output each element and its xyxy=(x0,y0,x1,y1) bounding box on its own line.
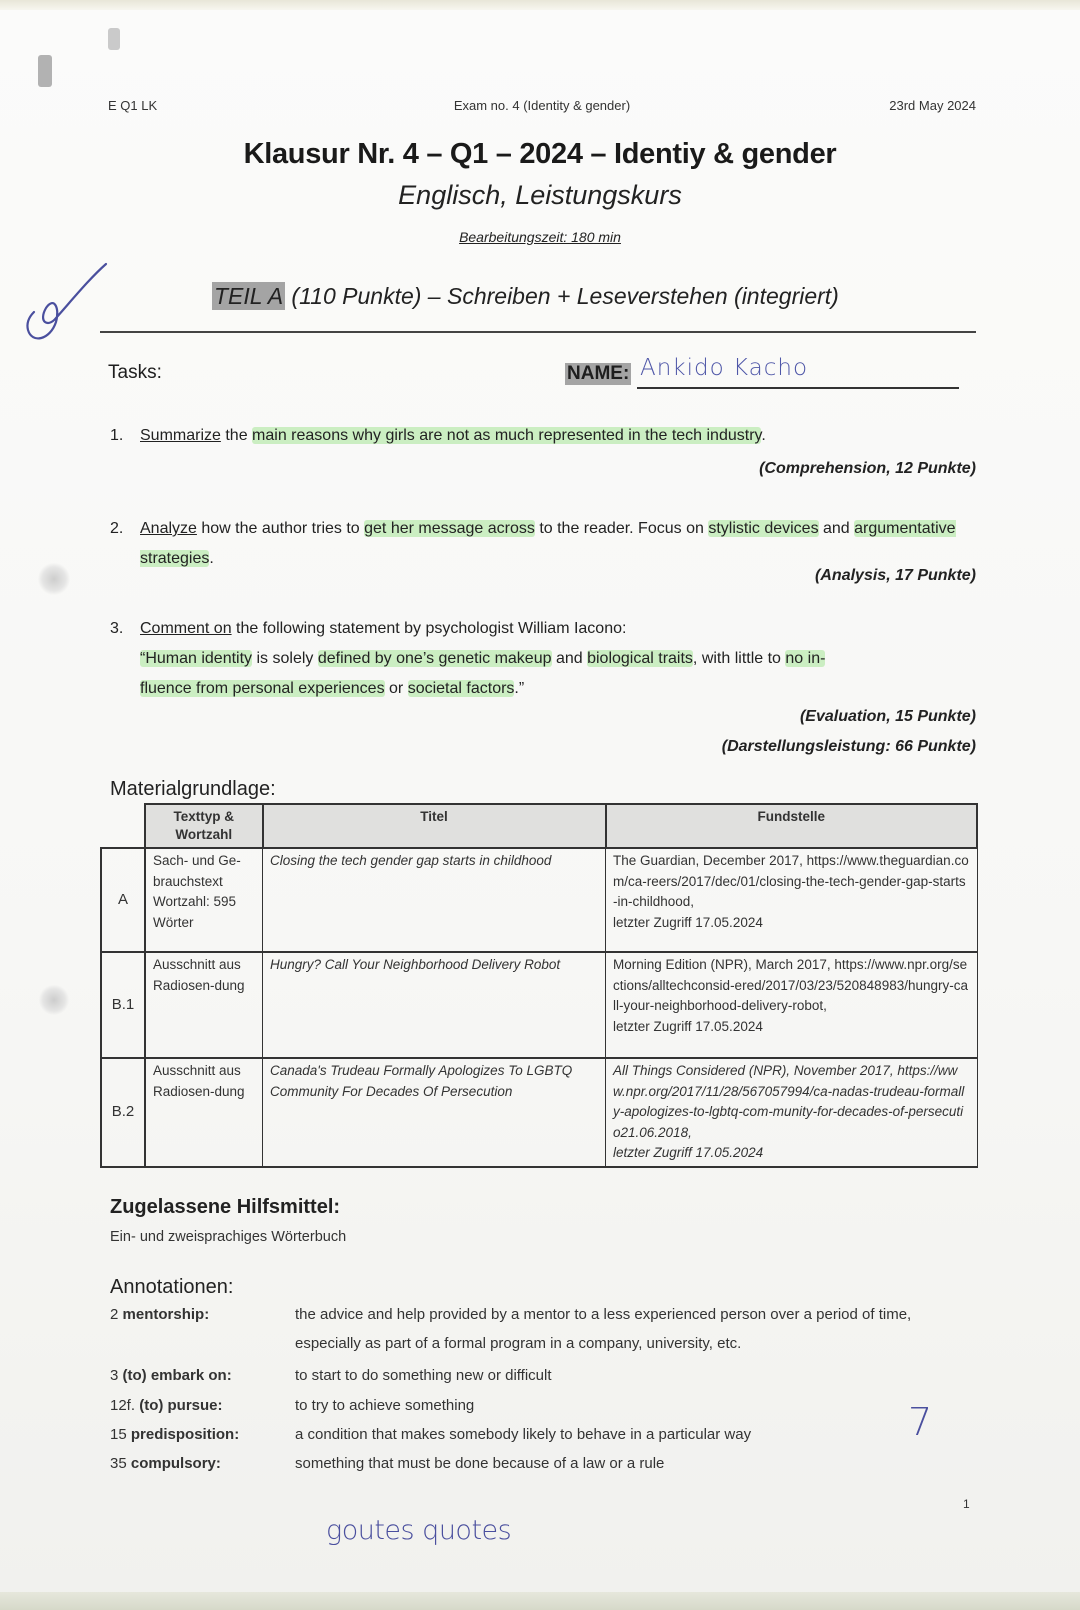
annotation-term: 2 mentorship: xyxy=(110,1306,290,1323)
task-text: the xyxy=(221,427,252,444)
task-text: . xyxy=(761,427,765,444)
annotation-definition: a condition that makes somebody likely t… xyxy=(295,1426,970,1444)
material-title: Closing the tech gender gap starts in ch… xyxy=(263,848,606,952)
task-text: to the reader. Focus on xyxy=(535,520,708,537)
part-tag: TEIL A xyxy=(212,282,285,310)
material-type: Ausschnitt aus Radiosen-dung xyxy=(145,1058,263,1167)
quote-text: or xyxy=(385,680,408,697)
name-underline xyxy=(637,387,959,389)
line-ref: 2 xyxy=(110,1306,118,1323)
punch-hole-mark xyxy=(38,562,70,596)
page-number: 1 xyxy=(963,1497,970,1511)
line-ref: 3 xyxy=(110,1367,118,1384)
term: compulsory: xyxy=(131,1455,221,1472)
page-subtitle: Englisch, Leistungskurs xyxy=(0,180,1080,211)
annotation-item: 15 predisposition: a condition that make… xyxy=(110,1426,970,1444)
quote-text: , with little to xyxy=(693,650,785,667)
column-header: Texttyp & Wortzahl xyxy=(145,804,263,848)
handwritten-note: goutes quotes xyxy=(326,1515,511,1546)
annotation-definition: the advice and help provided by a mentor… xyxy=(295,1300,970,1358)
task-2: 2. Analyze how the author tries to get h… xyxy=(110,514,976,574)
annotation-item: 3 (to) embark on: to start to do somethi… xyxy=(110,1367,970,1385)
aids-label: Zugelassene Hilfsmittel: xyxy=(110,1196,340,1219)
material-source: The Guardian, December 2017, https://www… xyxy=(606,848,978,952)
quote-text: is solely xyxy=(252,650,318,667)
annotation-term: 3 (to) embark on: xyxy=(110,1367,290,1384)
highlighted-text: stylistic devices xyxy=(708,520,818,537)
source-text: The Guardian, December 2017, https://www… xyxy=(613,853,969,909)
task-1-points: (Comprehension, 12 Punkte) xyxy=(759,460,976,478)
quote-text: and xyxy=(552,650,588,667)
highlighted-text: societal factors xyxy=(408,680,515,697)
task-number: 3. xyxy=(110,614,123,644)
divider xyxy=(100,331,976,333)
material-id: A xyxy=(101,848,145,952)
materials-table: Texttyp & Wortzahl Titel Fundstelle A Sa… xyxy=(100,803,978,1168)
name-label: NAME: xyxy=(565,363,631,385)
aids-text: Ein- und zweisprachiges Wörterbuch xyxy=(110,1229,346,1245)
task-verb: Summarize xyxy=(140,427,221,444)
table-corner xyxy=(101,804,145,848)
duration: Bearbeitungszeit: 180 min xyxy=(0,229,1080,245)
task-text: the following statement by psychologist … xyxy=(232,620,627,637)
source-text: Morning Edition (NPR), March 2017, https… xyxy=(613,957,968,1013)
highlighted-text: no in- xyxy=(785,650,825,667)
page-title: Klausur Nr. 4 – Q1 – 2024 – Identiy & ge… xyxy=(0,138,1080,171)
material-id: B.2 xyxy=(101,1058,145,1167)
column-header: Fundstelle xyxy=(606,804,978,848)
line-ref: 12f. xyxy=(110,1397,135,1414)
task-text: and xyxy=(819,520,855,537)
highlighted-text: get her message across xyxy=(364,520,535,537)
access-date: letzter Zugriff 17.05.2024 xyxy=(613,915,763,930)
punch-hole-mark xyxy=(38,985,70,1015)
material-source: Morning Edition (NPR), March 2017, https… xyxy=(606,952,978,1058)
task-verb: Analyze xyxy=(140,520,197,537)
part-heading: TEIL A (110 Punkte) – Schreiben + Leseve… xyxy=(212,283,839,310)
task-3-points: (Evaluation, 15 Punkte) xyxy=(800,708,976,726)
presentation-points: (Darstellungsleistung: 66 Punkte) xyxy=(722,738,976,756)
term: (to) embark on: xyxy=(123,1367,232,1384)
highlighted-text: “Human identity xyxy=(140,650,252,667)
table-row: B.2 Ausschnitt aus Radiosen-dung Canada'… xyxy=(101,1058,977,1167)
highlighted-text: biological traits xyxy=(587,650,693,667)
table-row: A Sach- und Ge-brauchstext Wortzahl: 595… xyxy=(101,848,977,952)
handwritten-margin-mark: 7 xyxy=(908,1400,932,1444)
annotation-term: 35 compulsory: xyxy=(110,1455,290,1472)
paper-bottom-edge xyxy=(0,1592,1080,1610)
annotation-definition: something that must be done because of a… xyxy=(295,1455,970,1473)
material-id: B.1 xyxy=(101,952,145,1058)
annotation-item: 35 compulsory: something that must be do… xyxy=(110,1455,970,1473)
exam-label: Exam no. 4 (Identity & gender) xyxy=(108,98,976,113)
material-title: Canada's Trudeau Formally Apologizes To … xyxy=(263,1058,606,1167)
annotation-definition: to start to do something new or difficul… xyxy=(295,1367,970,1385)
task-number: 1. xyxy=(110,421,123,451)
column-header: Titel xyxy=(263,804,606,848)
quote-text: .” xyxy=(514,680,524,697)
access-date: letzter Zugriff 17.05.2024 xyxy=(613,1145,763,1160)
name-field[interactable]: Ankido Kacho xyxy=(640,355,808,381)
annotation-item: 12f. (to) pursue: to try to achieve some… xyxy=(110,1397,970,1415)
access-date: letzter Zugriff 17.05.2024 xyxy=(613,1019,763,1034)
line-ref: 35 xyxy=(110,1455,127,1472)
task-2-points: (Analysis, 17 Punkte) xyxy=(815,567,976,585)
material-title: Hungry? Call Your Neighborhood Delivery … xyxy=(263,952,606,1058)
part-description: (110 Punkte) – Schreiben + Leseverstehen… xyxy=(285,283,839,309)
material-type: Ausschnitt aus Radiosen-dung xyxy=(145,952,263,1058)
task-number: 2. xyxy=(110,514,123,544)
task-verb: Comment on xyxy=(140,620,232,637)
paper-top-edge xyxy=(0,0,1080,10)
term: predisposition: xyxy=(131,1426,239,1443)
highlighted-text: defined by one’s genetic makeup xyxy=(318,650,552,667)
highlighted-text: fluence from personal experiences xyxy=(140,680,385,697)
page-header: E Q1 LK Exam no. 4 (Identity & gender) 2… xyxy=(108,98,976,118)
source-text: All Things Considered (NPR), November 20… xyxy=(613,1063,964,1140)
annotations-label: Annotationen: xyxy=(110,1276,233,1299)
task-1: 1. Summarize the main reasons why girls … xyxy=(110,421,976,451)
annotation-term: 15 predisposition: xyxy=(110,1426,290,1443)
material-source: All Things Considered (NPR), November 20… xyxy=(606,1058,978,1167)
annotation-item: 2 mentorship: the advice and help provid… xyxy=(110,1306,970,1358)
checkmark-icon xyxy=(20,260,110,350)
staple-mark xyxy=(38,55,52,87)
task-3: 3. Comment on the following statement by… xyxy=(110,614,976,704)
task-text: how the author tries to xyxy=(197,520,364,537)
highlighted-text: main reasons why girls are not as much r… xyxy=(252,427,761,444)
term: mentorship: xyxy=(123,1306,210,1323)
tasks-label: Tasks: xyxy=(108,362,162,384)
table-row: B.1 Ausschnitt aus Radiosen-dung Hungry?… xyxy=(101,952,977,1058)
task-text: . xyxy=(209,550,213,567)
line-ref: 15 xyxy=(110,1426,127,1443)
annotation-term: 12f. (to) pursue: xyxy=(110,1397,290,1414)
staple-mark xyxy=(108,28,120,50)
exam-date: 23rd May 2024 xyxy=(889,98,976,113)
materials-label: Materialgrundlage: xyxy=(110,778,276,801)
term: (to) pursue: xyxy=(139,1397,222,1414)
material-type: Sach- und Ge-brauchstext Wortzahl: 595 W… xyxy=(145,848,263,952)
annotation-definition: to try to achieve something xyxy=(295,1397,970,1415)
